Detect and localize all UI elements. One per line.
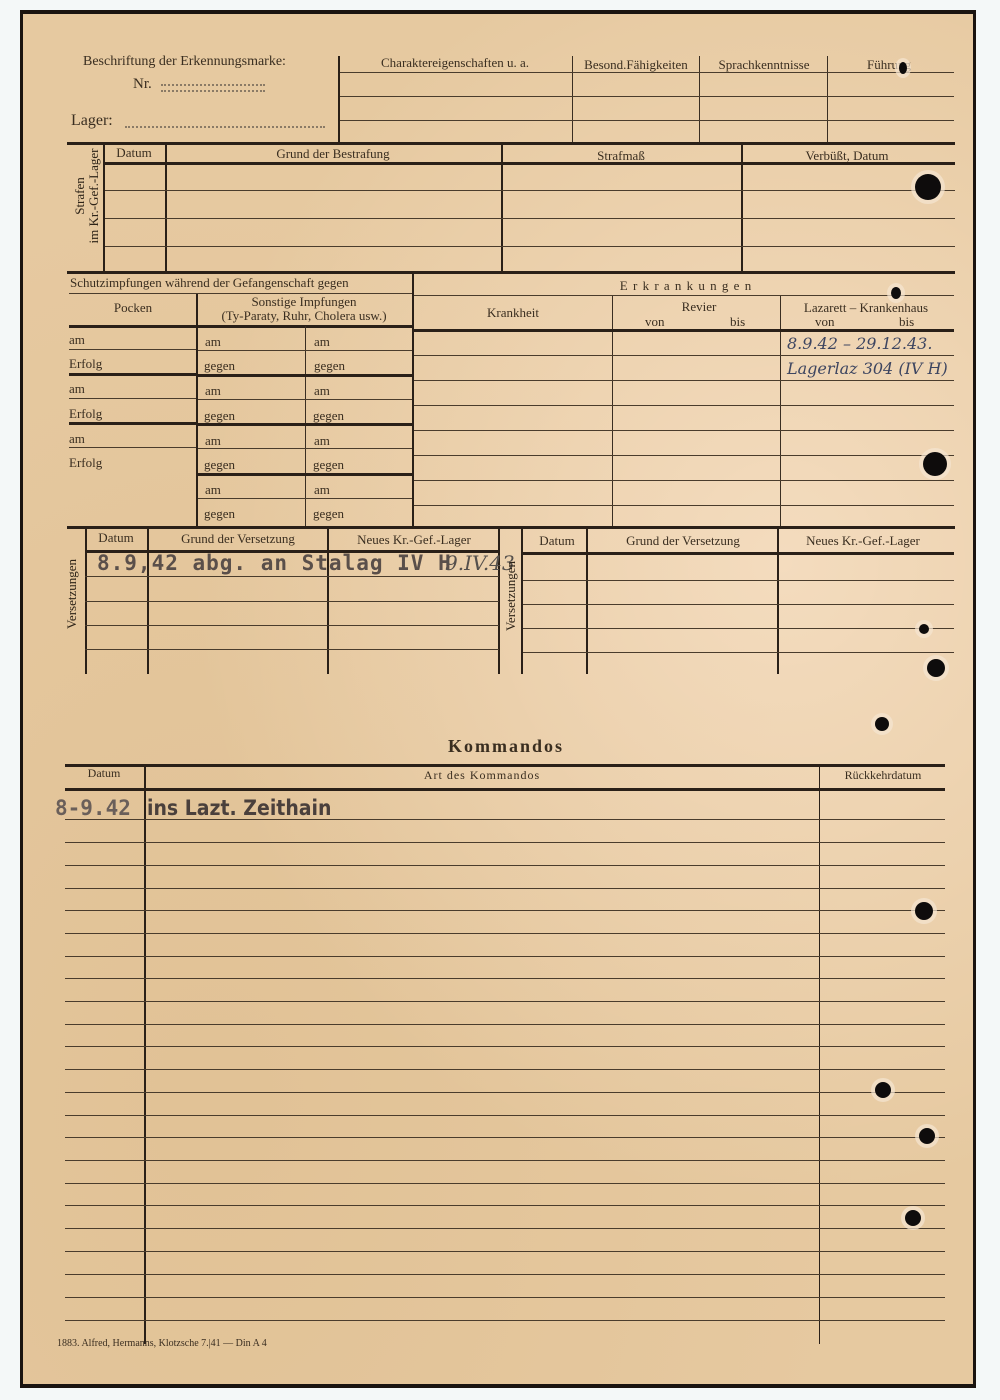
erkennungsmarke-label: Beschriftung der Erkennungsmarke: [83, 54, 286, 70]
sonstige-am: am [205, 433, 221, 449]
col-lager-right: Neues Kr.-Gef.-Lager [806, 533, 920, 549]
lager-dotted-line [125, 126, 325, 128]
sonstige-am: am [205, 383, 221, 399]
printer-imprint: 1883. Alfred, Hermanns, Klotzsche 7.|41 … [57, 1338, 267, 1349]
strafen-label: Strafen [73, 146, 87, 246]
col-rueckkehrdatum: Rückkehrdatum [845, 768, 922, 783]
section-border [67, 526, 955, 529]
col-grund-left: Grund der Versetzung [181, 531, 295, 547]
hole-mark [905, 1210, 921, 1226]
hole-mark [927, 659, 945, 677]
sonstige-gegen: gegen [313, 408, 344, 424]
sonstige-am: am [314, 383, 330, 399]
pocken-am-3: am [69, 431, 85, 447]
rule [414, 295, 954, 296]
divider [144, 766, 146, 1344]
col-lager-left: Neues Kr.-Gef.-Lager [357, 532, 471, 548]
rule [65, 1183, 945, 1184]
rule [65, 1205, 945, 1206]
rule [65, 1046, 945, 1047]
rule [414, 355, 954, 356]
rule [105, 246, 955, 247]
col-faehigkeiten: Besond.Fähigkeiten [584, 57, 688, 73]
section-border [67, 142, 955, 145]
versetzungen-label-left: Versetzungen [65, 544, 79, 644]
hole-mark [923, 452, 947, 476]
rule [523, 628, 954, 629]
divider [572, 56, 573, 144]
nr-label: Nr. [133, 76, 152, 93]
divider [827, 56, 828, 144]
hole-mark [875, 717, 889, 731]
col-sprachkenntnisse: Sprachkenntnisse [719, 57, 810, 73]
revier-von: von [645, 314, 665, 330]
rule [65, 1297, 945, 1298]
rule [414, 430, 954, 431]
rule [65, 1137, 945, 1138]
rule [65, 933, 945, 934]
rule [198, 498, 412, 499]
sonstige-am: am [314, 482, 330, 498]
rule [105, 218, 955, 219]
rule [414, 480, 954, 481]
rule [65, 956, 945, 957]
hole-mark [915, 902, 933, 920]
pocken-erfolg-1: Erfolg [69, 356, 102, 372]
rule [85, 576, 499, 577]
rule [340, 72, 954, 73]
rule [523, 604, 954, 605]
sonstige-am: am [314, 433, 330, 449]
rule [414, 380, 954, 381]
lager-label: Lager: [71, 112, 113, 130]
sonstige-sublabel: (Ty-Paraty, Ruhr, Cholera usw.) [221, 309, 386, 323]
pocken-am-1: am [69, 332, 85, 348]
kommando-art: ins Lazt. Zeithain [147, 796, 331, 820]
sonstige-gegen: gegen [204, 506, 235, 522]
rule [523, 580, 954, 581]
sonstige-gegen: gegen [204, 408, 235, 424]
col-datum-right: Datum [539, 533, 574, 549]
divider [699, 56, 700, 144]
pocken-label: Pocken [114, 300, 152, 316]
versetzung-stamp: 8.9,42 abg. an Stalag IV H [97, 551, 452, 575]
rule [85, 625, 499, 626]
rule [65, 819, 945, 820]
rule [198, 399, 412, 400]
revier-bis: bis [730, 314, 745, 330]
rule [65, 842, 945, 843]
kommando-datum: 8-9.42 [55, 796, 131, 820]
rule [69, 398, 196, 399]
rule [65, 788, 945, 791]
rule [198, 473, 412, 476]
section-border [67, 271, 955, 274]
divider [412, 272, 414, 528]
hole-mark [875, 1082, 891, 1098]
rule [105, 162, 955, 165]
rule [65, 1115, 945, 1116]
pocken-erfolg-3: Erfolg [69, 455, 102, 471]
rule [65, 1320, 945, 1321]
hole-mark [919, 1128, 935, 1144]
rule [65, 1092, 945, 1093]
form-sheet: Beschriftung der Erkennungsmarke: Nr. La… [20, 10, 976, 1388]
rule [69, 349, 196, 350]
rule [65, 1069, 945, 1070]
impfungen-title: Schutzimpfungen während der Gefangenscha… [70, 275, 349, 291]
section-border [65, 764, 945, 767]
rule [65, 978, 945, 979]
col-grund-bestrafung: Grund der Bestrafung [276, 146, 389, 162]
col-art-kommandos: Art des Kommandos [424, 768, 540, 783]
rule [69, 447, 196, 448]
strafen-sublabel: im Kr.-Gef.-Lager [87, 146, 101, 246]
rule [198, 374, 412, 377]
hole-mark [919, 624, 929, 634]
col-krankheit: Krankheit [487, 305, 539, 321]
divider [338, 56, 340, 144]
erkrankungen-title: E r k r a n k u n g e n [620, 278, 752, 294]
rule [65, 910, 945, 911]
rule [85, 601, 499, 602]
col-datum-kommandos: Datum [88, 766, 121, 781]
rule [414, 505, 954, 506]
handwritten-lazarett-place: Lagerlaz 304 (IV H) [787, 359, 948, 378]
lazarett-von: von [815, 314, 835, 330]
rule [69, 293, 412, 294]
sonstige-gegen: gegen [313, 506, 344, 522]
hole-mark [891, 287, 901, 299]
sonstige-gegen: gegen [204, 358, 235, 374]
col-revier: Revier [682, 299, 717, 315]
sonstige-gegen: gegen [204, 457, 235, 473]
rule [414, 329, 954, 332]
pocken-erfolg-2: Erfolg [69, 406, 102, 422]
col-datum-left: Datum [98, 530, 133, 546]
rule [523, 552, 954, 555]
sonstige-gegen: gegen [313, 457, 344, 473]
nr-dotted-line [161, 84, 265, 86]
col-charakter: Charaktereigenschaften u. a. [381, 55, 529, 71]
kommandos-title: Kommandos [448, 736, 564, 757]
rule [340, 120, 954, 121]
col-grund-right: Grund der Versetzung [626, 533, 740, 549]
sonstige-am: am [205, 482, 221, 498]
rule [105, 190, 955, 191]
versetzungen-label-right: Versetzungen [504, 546, 518, 646]
divider [819, 766, 820, 1344]
nr-dotted-line [161, 90, 265, 92]
sonstige-label: Sonstige Impfungen [221, 295, 386, 309]
rule [85, 649, 499, 650]
rule [414, 405, 954, 406]
rule [198, 448, 412, 449]
sonstige-am: am [314, 334, 330, 350]
rule [340, 96, 954, 97]
rule [65, 865, 945, 866]
rule [198, 350, 412, 351]
rule [414, 455, 954, 456]
col-datum: Datum [116, 145, 151, 161]
rule [69, 325, 412, 328]
rule [65, 1274, 945, 1275]
rule [69, 422, 196, 425]
rule [69, 373, 196, 376]
lazarett-bis: bis [899, 314, 914, 330]
rule [523, 652, 954, 653]
divider [196, 294, 198, 528]
sonstige-am: am [205, 334, 221, 350]
sonstige-gegen: gegen [314, 358, 345, 374]
rule [65, 1251, 945, 1252]
handwritten-lazarett-dates: 8.9.42 – 29.12.43. [787, 334, 932, 353]
rule [65, 1024, 945, 1025]
hole-mark [899, 62, 907, 74]
rule [65, 888, 945, 889]
rule [65, 1001, 945, 1002]
rule [65, 1228, 945, 1229]
rule [198, 423, 412, 426]
hole-mark [915, 174, 941, 200]
pocken-am-2: am [69, 381, 85, 397]
rule [65, 1160, 945, 1161]
